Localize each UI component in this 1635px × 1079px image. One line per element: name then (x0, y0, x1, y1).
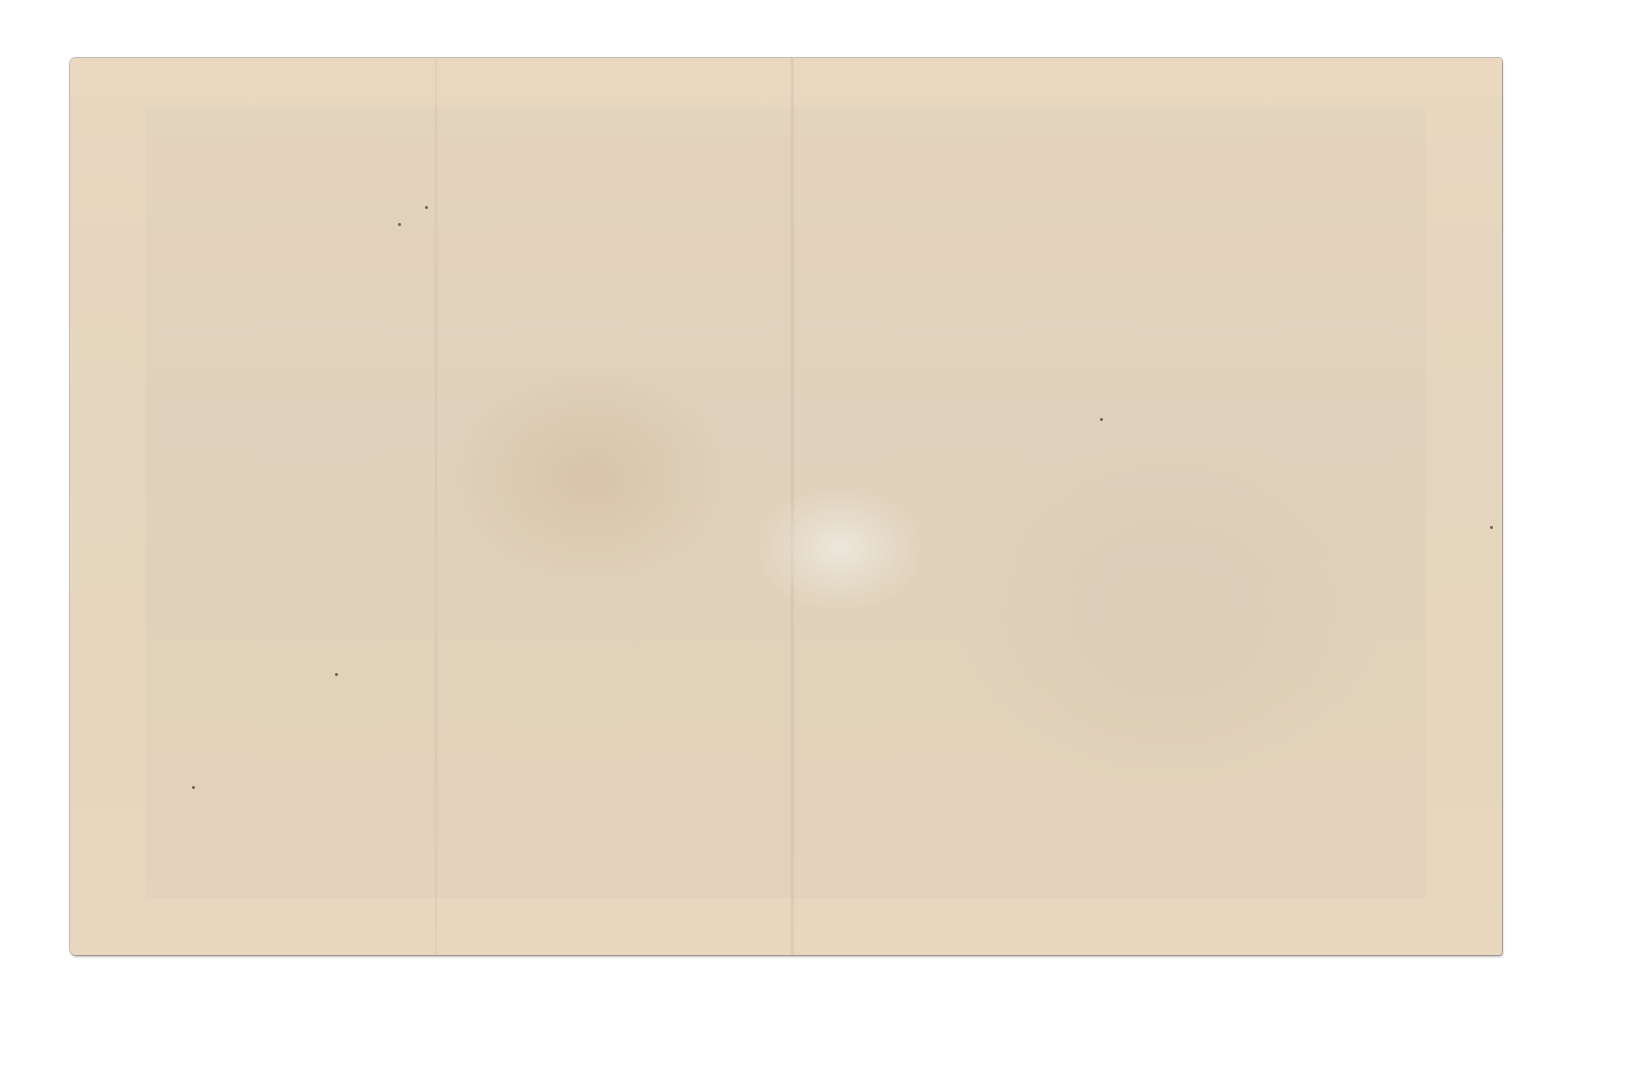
ink-speck (398, 223, 401, 226)
ink-speck (1490, 526, 1493, 529)
ink-speck (335, 673, 338, 676)
ink-speck (1100, 418, 1103, 421)
aged-paper-note (70, 58, 1502, 955)
ink-speck (192, 786, 195, 789)
ink-speck (425, 206, 428, 209)
bleed-through-print-area (145, 108, 1425, 898)
